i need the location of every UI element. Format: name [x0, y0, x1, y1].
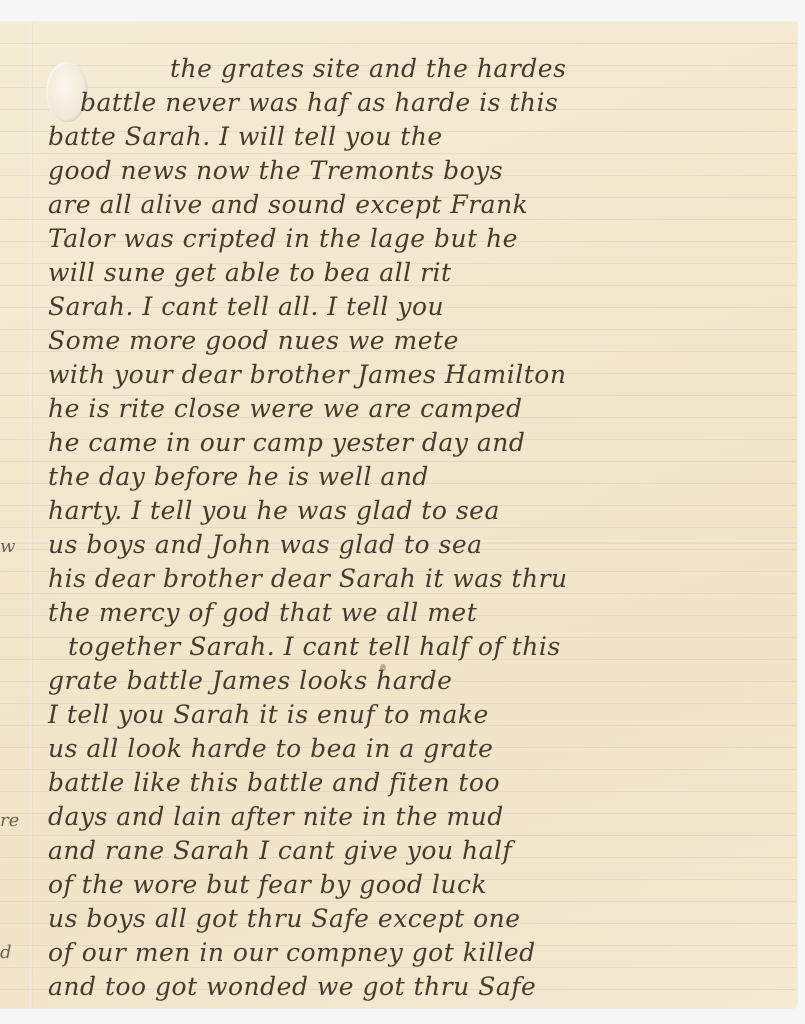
letter-line: he came in our camp yester day and — [48, 428, 525, 457]
letter-line: and too got wonded we got thru Safe — [48, 972, 536, 1001]
letter-line: battle like this battle and fiten too — [48, 768, 500, 797]
letter-line: together Sarah. I cant tell half of this — [68, 632, 561, 661]
letter-line: the day before he is well and — [48, 462, 429, 491]
letter-line: us boys and John was glad to sea — [48, 530, 483, 559]
letter-line: good news now the Tremonts boys — [48, 156, 503, 185]
margin-fragment: d — [0, 942, 12, 963]
letter-line: batte Sarah. I will tell you the — [48, 122, 443, 151]
letter-line: of our men in our compney got killed — [48, 938, 536, 967]
letter-line: days and lain after nite in the mud — [48, 802, 504, 831]
letter-page: the grates site and the hardes battle ne… — [0, 22, 797, 1008]
letter-line: us all look harde to bea in a grate — [48, 734, 493, 763]
letter-line: will sune get able to bea all rit — [48, 258, 452, 287]
letter-line: battle never was haf as harde is this — [80, 88, 558, 117]
letter-line: with your dear brother James Hamilton — [48, 360, 566, 389]
letter-line: I tell you Sarah it is enuf to make — [48, 700, 489, 729]
letter-line: Talor was cripted in the lage but he — [48, 224, 518, 253]
letter-line: us boys all got thru Safe except one — [48, 904, 521, 933]
letter-line: harty. I tell you he was glad to sea — [48, 496, 500, 525]
letter-body: the grates site and the hardes battle ne… — [0, 22, 797, 1008]
letter-line: his dear brother dear Sarah it was thru — [48, 564, 568, 593]
letter-line: of the wore but fear by good luck — [48, 870, 487, 899]
letter-line: Some more good nues we mete — [48, 326, 459, 355]
margin-fragment: re — [0, 810, 19, 831]
letter-line: and rane Sarah I cant give you half — [48, 836, 512, 865]
letter-line: the grates site and the hardes — [170, 54, 566, 83]
margin-fragment: w — [0, 536, 15, 557]
letter-line: Sarah. I cant tell all. I tell you — [48, 292, 444, 321]
letter-line: grate battle James looks harde — [48, 666, 452, 695]
letter-line: are all alive and sound except Frank — [48, 190, 528, 219]
letter-line: he is rite close were we are camped — [48, 394, 523, 423]
letter-line: the mercy of god that we all met — [48, 598, 477, 627]
